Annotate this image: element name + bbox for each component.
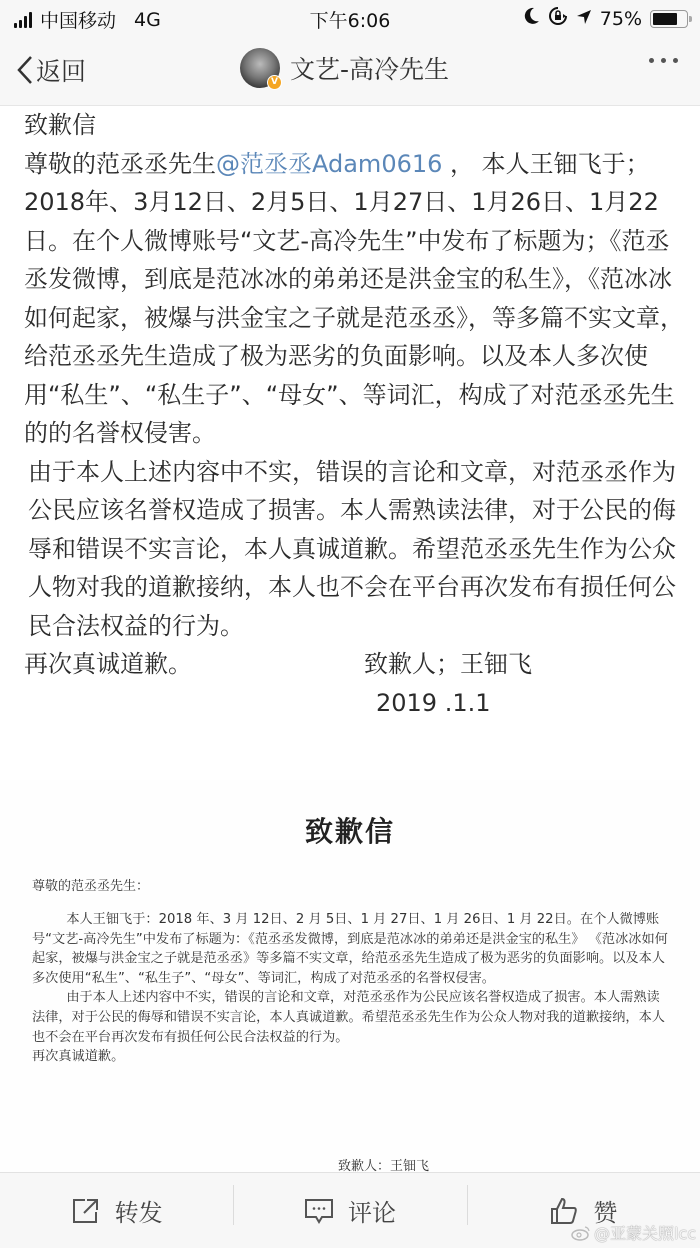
repost-label: 转发 [115, 1193, 163, 1228]
comment-button[interactable]: 评论 [233, 1173, 466, 1248]
location-arrow-icon [576, 8, 592, 30]
watermark: @亚蒙关照lcc [571, 1221, 696, 1244]
post-date: 2019 .1.1 [24, 684, 684, 723]
post-paragraph-2: 由于本人上述内容中不实，错误的言论和文章，对范丞丞作为公民应该名誉权造成了损害。… [24, 453, 684, 646]
orientation-lock-icon [548, 6, 568, 31]
back-button[interactable]: 返回 [16, 52, 86, 88]
moon-icon [524, 7, 540, 30]
letter-paragraph-1: 本人王钿飞于：2018 年、3 月 12日、2 月 5日、1 月 27日、1 月… [32, 910, 672, 988]
closing-text: 再次真诚道歉。 [24, 645, 364, 684]
letter-body: 本人王钿飞于：2018 年、3 月 12日、2 月 5日、1 月 27日、1 月… [32, 910, 672, 1067]
letter-paragraph-2: 由于本人上述内容中不实，错误的言论和文章，对范丞丞作为公民应该名誉权造成了损害。… [32, 988, 672, 1047]
comment-icon [304, 1197, 334, 1225]
post-content: 致歉信 尊敬的范丞丞先生@范丞丞Adam0616 ， 本人王钿飞于；2018年、… [24, 106, 684, 722]
bottom-toolbar: 转发 评论 赞 @亚蒙关照lcc [0, 1172, 700, 1248]
repost-button[interactable]: 转发 [0, 1173, 233, 1248]
signer-text: 致歉人；王钿飞 [364, 645, 532, 684]
mention-link[interactable]: @范丞丞Adam0616 [216, 150, 442, 178]
back-label: 返回 [36, 52, 86, 88]
letter-salutation: 尊敬的范丞丞先生： [32, 875, 149, 894]
chevron-left-icon [16, 55, 34, 85]
post-heading: 致歉信 [24, 106, 684, 145]
page-title: 文艺-高冷先生 [290, 50, 449, 86]
paragraph-1-text: ， 本人王钿飞于；2018年、3月12日、2月5日、1月27日、1月26日、1月… [24, 150, 684, 448]
verified-badge-icon: V [267, 75, 282, 90]
closing-row: 再次真诚道歉。 致歉人；王钿飞 [24, 645, 684, 684]
salutation-text: 尊敬的范丞丞先生 [24, 150, 216, 178]
repost-icon [71, 1197, 101, 1225]
more-dots-icon[interactable] [649, 58, 678, 63]
nav-user[interactable]: V 文艺-高冷先生 [240, 48, 449, 88]
letter-title: 致歉信 [0, 810, 700, 850]
weibo-logo-icon [571, 1225, 591, 1241]
comment-label: 评论 [348, 1193, 396, 1228]
letter-paragraph-3: 再次真诚道歉。 [32, 1047, 672, 1067]
status-bar: 中国移动 4G 下午6:06 75% [0, 0, 700, 34]
battery-percent: 75% [600, 8, 642, 30]
battery-icon [650, 10, 688, 28]
nav-bar: 返回 V 文艺-高冷先生 [0, 34, 700, 106]
watermark-text: @亚蒙关照lcc [594, 1221, 696, 1244]
avatar[interactable]: V [240, 48, 280, 88]
letter-image[interactable]: 致歉信 尊敬的范丞丞先生： 本人王钿飞于：2018 年、3 月 12日、2 月 … [0, 780, 700, 1172]
letter-signer: 致歉人：王钿飞 [338, 1155, 429, 1172]
post-paragraph-1: 尊敬的范丞丞先生@范丞丞Adam0616 ， 本人王钿飞于；2018年、3月12… [24, 145, 684, 453]
status-right: 75% [524, 6, 688, 31]
